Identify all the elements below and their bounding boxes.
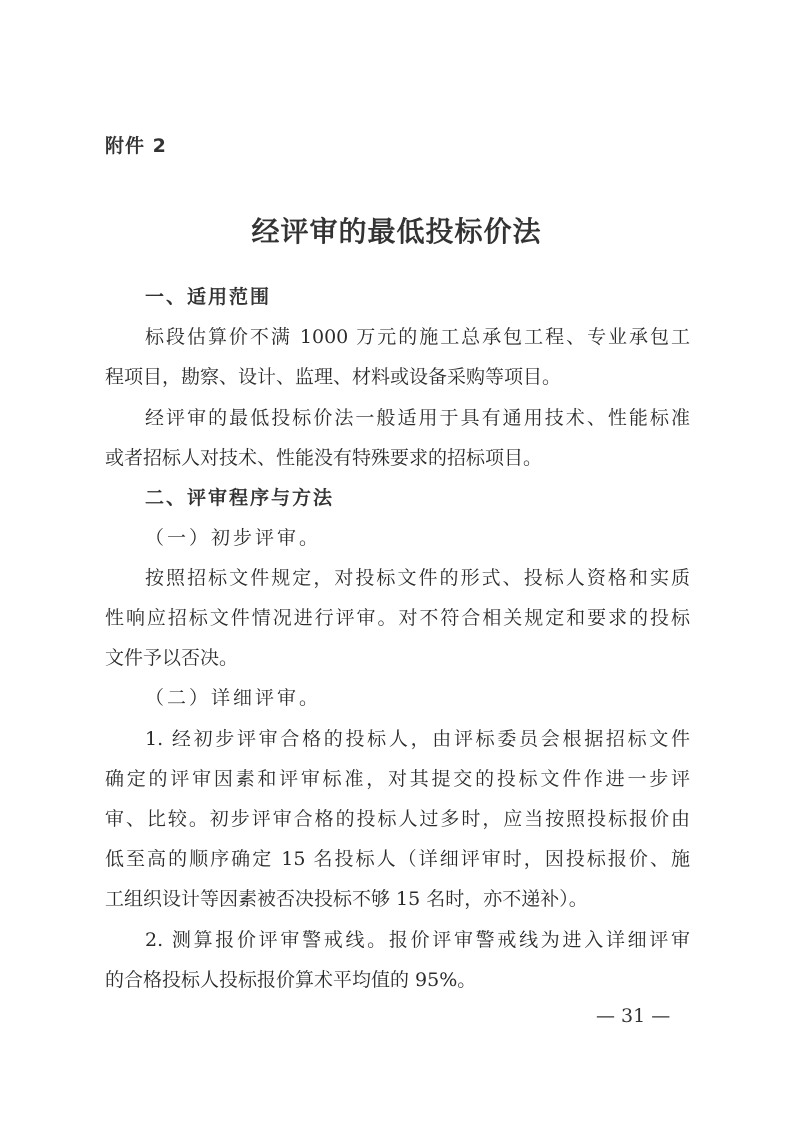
subsection-heading-preliminary: （一）初步评审。 [145,526,690,550]
page-number: — 31 — [596,1005,670,1027]
paragraph-line: 文件予以否决。 [105,646,690,670]
paragraph-line: 2. 测算报价评审警戒线。报价评审警戒线为进入详细评审 [145,928,690,952]
paragraph-line: 确定的评审因素和评审标准，对其提交的投标文件作进一步评 [105,767,690,791]
attachment-label: 附件 2 [105,131,167,158]
paragraph-line: 程项目，勘察、设计、监理、材料或设备采购等项目。 [105,365,690,389]
paragraph-line: 按照招标文件规定，对投标文件的形式、投标人资格和实质 [145,566,690,590]
paragraph-line: 低至高的顺序确定 15 名投标人（详细评审时，因投标报价、施 [105,847,690,871]
paragraph-line: 的合格投标人投标报价算术平均值的 95%。 [105,968,690,992]
subsection-heading-detailed: （二）详细评审。 [145,686,690,710]
paragraph-line: 或者招标人对技术、性能没有特殊要求的招标项目。 [105,446,690,470]
page-title: 经评审的最低投标价法 [0,210,793,250]
paragraph-line: 审、比较。初步评审合格的投标人过多时，应当按照投标报价由 [105,807,690,831]
paragraph-line: 标段估算价不满 1000 万元的施工总承包工程、专业承包工 [145,325,690,349]
paragraph-line: 性响应招标文件情况进行评审。对不符合相关规定和要求的投标 [105,606,690,630]
document-page: 附件 2 经评审的最低投标价法 一、适用范围 标段估算价不满 1000 万元的施… [0,0,793,1122]
section-heading-procedure: 二、评审程序与方法 [145,486,690,510]
paragraph-line: 1. 经初步评审合格的投标人，由评标委员会根据招标文件 [145,727,690,751]
section-heading-scope: 一、适用范围 [145,285,690,309]
paragraph-line: 工组织设计等因素被否决投标不够 15 名时，亦不递补）。 [105,887,690,911]
paragraph-line: 经评审的最低投标价法一般适用于具有通用技术、性能标准 [145,406,690,430]
